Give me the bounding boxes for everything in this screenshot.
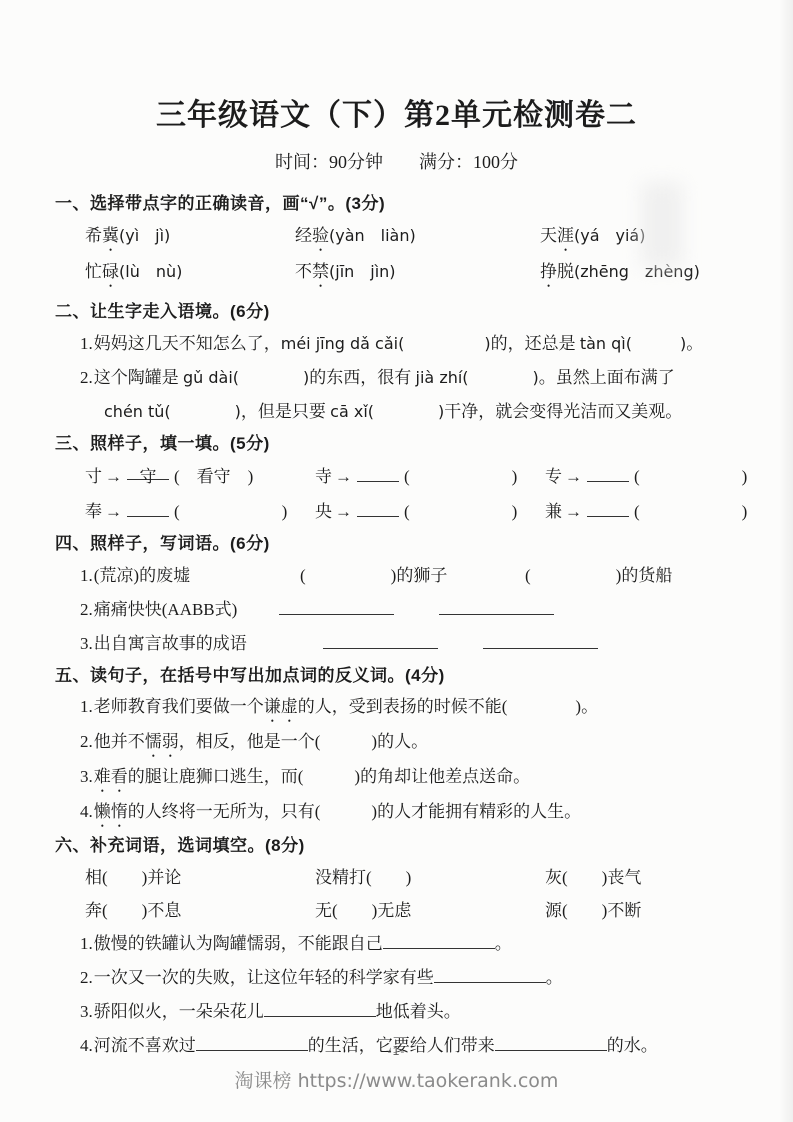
answer-blank <box>264 997 376 1017</box>
dotted-word: 难看 <box>94 767 128 786</box>
arrow-icon: → <box>105 467 122 486</box>
item-number: 2. <box>80 368 93 387</box>
item-number: 3. <box>80 634 93 653</box>
item-number: 1. <box>80 566 93 585</box>
word-paren: ( 看守 ) <box>174 467 253 486</box>
idiom-blank: 相( )并论 <box>85 861 315 894</box>
idiom-blank: 灰( )丧气 <box>545 861 793 894</box>
idiom-blank: 没精打( ) <box>315 861 545 894</box>
answer-blanks <box>279 600 554 619</box>
choose-word-sentence-3: 3.骄阳似火，一朵朵花儿地低着头。 <box>0 995 793 1029</box>
pinyin-options: (jīn jìn) <box>329 262 396 281</box>
item-number: 2. <box>80 968 93 987</box>
answer-blank <box>323 629 438 649</box>
dotted-char: 碌 <box>102 262 119 281</box>
pinyin-item: 忙碌(lù nù) <box>85 255 295 291</box>
char-derive-item: 兼→( ) <box>545 494 793 529</box>
char-derive-item: 央→( ) <box>315 494 545 529</box>
item-number: 1. <box>80 334 93 353</box>
antonym-sentence-3: 3.难看的腿让鹿狮口逃生，而( )的角却让他差点送命。 <box>0 761 793 796</box>
dotted-word: 懒惰 <box>94 802 128 821</box>
word-paren: ( ) <box>174 502 287 521</box>
section-6-words-row-2: 奔( )不息 无( )无虑 源( )不断 <box>0 894 793 927</box>
word-paren: ( ) <box>404 502 517 521</box>
answer-blank <box>587 496 629 517</box>
dotted-word: 谦虚 <box>264 697 298 716</box>
item-number: 3. <box>80 767 93 786</box>
item-number: 3. <box>80 1002 93 1021</box>
antonym-sentence-2: 2.他并不懦弱，相反，他是一个( )的人。 <box>0 726 793 761</box>
section-3-row-1: 寸→守( 看守 ) 寺→( ) 专→( ) <box>0 459 793 494</box>
word-paren: ( ) <box>634 502 747 521</box>
dotted-word: 懦弱 <box>145 732 179 751</box>
arrow-icon: → <box>335 502 352 521</box>
answer-blank <box>434 963 546 983</box>
pinyin-blank: cā xǐ( ) <box>330 402 444 421</box>
pinyin-options: (yì jì) <box>119 226 170 245</box>
word-paren: ( )的狮子 <box>300 559 525 593</box>
answer-blank <box>357 496 399 517</box>
answer-blank <box>127 496 169 517</box>
scan-artifact <box>641 182 683 268</box>
answer-blanks <box>323 634 598 653</box>
item-number: 1. <box>80 934 93 953</box>
choose-word-sentence-1: 1.傲慢的铁罐认为陶罐懦弱，不能跟自己。 <box>0 927 793 961</box>
word-paren: ( ) <box>404 467 517 486</box>
arrow-icon: → <box>335 467 352 486</box>
answer-blank: 守 <box>127 459 169 480</box>
section-5-header: 五、读句子，在括号中写出加点词的反义词。(4分) <box>0 661 793 691</box>
item-number: 4. <box>80 802 93 821</box>
dotted-char: 挣 <box>540 262 557 281</box>
fill-sentence-2-cont: chén tǔ( )，但是只要 cā xǐ( )干净，就会变得光洁而又美观。 <box>0 395 793 429</box>
answer-blank <box>383 929 495 949</box>
word-paren: ( )的货船 <box>525 559 793 593</box>
answer-blank <box>279 595 394 615</box>
arrow-icon: → <box>565 502 582 521</box>
pinyin-item: 经验(yàn liàn) <box>295 219 540 255</box>
exam-paper-page: 三年级语文（下）第2单元检测卷二 时间：90分钟满分：100分 一、选择带点字的… <box>0 0 793 1122</box>
word-paren: ( ) <box>634 467 747 486</box>
section-3-header: 三、照样子，填一填。(5分) <box>0 429 793 459</box>
page-title: 三年级语文（下）第2单元检测卷二 <box>40 95 753 137</box>
dotted-char: 涯 <box>557 226 574 245</box>
pinyin-blank: tàn qì( ) <box>580 334 686 353</box>
section-4-item-3: 3.出自寓言故事的成语 <box>0 627 793 661</box>
arrow-icon: → <box>105 502 122 521</box>
fill-sentence-1: 1.妈妈这几天不知怎么了，méi jīng dǎ cǎi( )的，还总是 tàn… <box>0 327 793 361</box>
antonym-sentence-4: 4.懒惰的人终将一无所为，只有( )的人才能拥有精彩的人生。 <box>0 796 793 831</box>
watermark-credit: 淘课榜 https://www.taokerank.com <box>0 1066 793 1093</box>
page-number: -1- <box>0 1044 793 1058</box>
pinyin-blank: chén tǔ( ) <box>104 402 241 421</box>
pinyin-item: 希冀(yì jì) <box>85 219 295 255</box>
pinyin-options: (yá yiá) <box>574 226 645 245</box>
section-3-row-2: 奉→( ) 央→( ) 兼→( ) <box>0 494 793 529</box>
section-4-item-2: 2.痛痛快快(AABB式) <box>0 593 793 627</box>
pinyin-item: 不禁(jīn jìn) <box>295 255 540 291</box>
scan-edge-shadow <box>779 0 793 1122</box>
pinyin-blank: gǔ dài( ) <box>183 368 309 387</box>
pinyin-options: (lù nù) <box>119 262 182 281</box>
char-derive-item: 寺→( ) <box>315 459 545 494</box>
answer-blank <box>483 629 598 649</box>
idiom-blank: 奔( )不息 <box>85 894 315 927</box>
section-4-header: 四、照样子，写词语。(6分) <box>0 529 793 559</box>
dotted-char: 验 <box>312 226 329 245</box>
section-6-words-row-1: 相( )并论 没精打( ) 灰( )丧气 <box>0 861 793 894</box>
answer-blank <box>587 461 629 482</box>
section-2-header: 二、让生字走入语境。(6分) <box>0 297 793 327</box>
exam-score: 满分：100分 <box>419 152 518 172</box>
item-number: 1. <box>80 697 93 716</box>
char-derive-item: 奉→( ) <box>85 494 315 529</box>
arrow-icon: → <box>565 467 582 486</box>
pinyin-options: (yàn liàn) <box>329 226 416 245</box>
answer-blank <box>357 461 399 482</box>
section-6-header: 六、补充词语，选词填空。(8分) <box>0 831 793 861</box>
example-word: 1.(荒凉)的废墟 <box>80 559 300 593</box>
idiom-blank: 无( )无虑 <box>315 894 545 927</box>
item-number: 2. <box>80 732 93 751</box>
pinyin-blank: méi jīng dǎ cǎi( ) <box>281 334 491 353</box>
section-4-item-1: 1.(荒凉)的废墟 ( )的狮子 ( )的货船 <box>0 559 793 593</box>
char-derive-item: 寸→守( 看守 ) <box>85 459 315 494</box>
answer-blank <box>439 595 554 615</box>
char-derive-item: 专→( ) <box>545 459 793 494</box>
exam-time: 时间：90分钟 <box>275 152 383 172</box>
pinyin-blank: jià zhí( ) <box>416 368 539 387</box>
exam-meta: 时间：90分钟满分：100分 <box>0 149 793 175</box>
idiom-blank: 源( )不断 <box>545 894 793 927</box>
dotted-char: 冀 <box>102 226 119 245</box>
fill-sentence-2: 2.这个陶罐是 gǔ dài( )的东西，很有 jià zhí( )。虽然上面布… <box>0 361 793 395</box>
antonym-sentence-1: 1.老师教育我们要做一个谦虚的人，受到表扬的时候不能( )。 <box>0 691 793 726</box>
dotted-char: 禁 <box>312 262 329 281</box>
item-number: 2. <box>80 600 93 619</box>
choose-word-sentence-2: 2.一次又一次的失败，让这位年轻的科学家有些。 <box>0 961 793 995</box>
